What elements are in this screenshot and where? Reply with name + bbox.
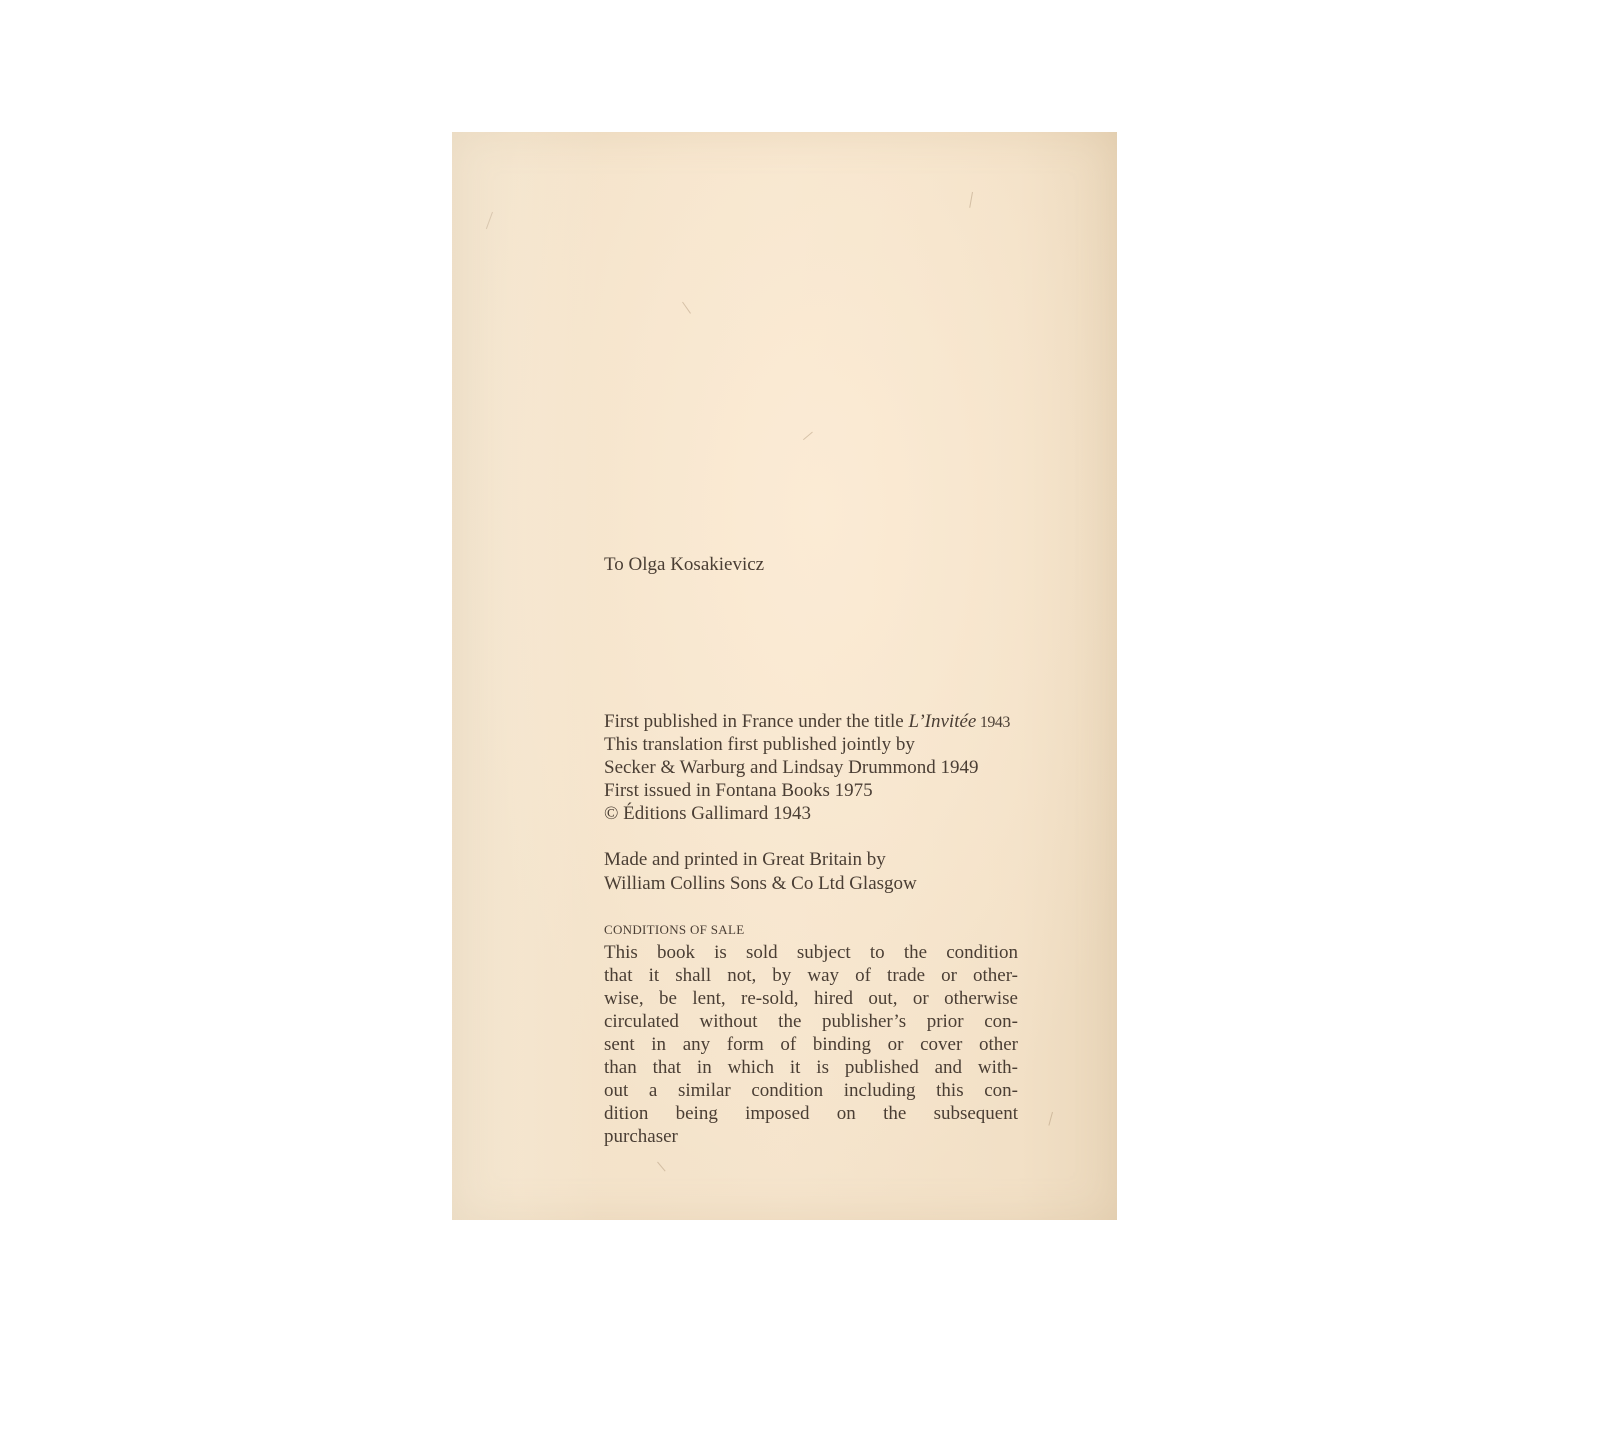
conditions-line: out a similar condition including this c… xyxy=(604,1079,1018,1102)
printer-line-2: William Collins Sons & Co Ltd Glasgow xyxy=(604,872,917,896)
paper-fiber xyxy=(803,432,813,440)
paper-fiber xyxy=(969,192,973,208)
printer-info: Made and printed in Great Britain by Wil… xyxy=(604,848,917,896)
publication-line-4: First issued in Fontana Books 1975 xyxy=(604,779,1010,802)
paper-fiber xyxy=(682,302,691,314)
copyright-line: © Éditions Gallimard 1943 xyxy=(604,802,1010,825)
conditions-line: than that in which it is published and w… xyxy=(604,1056,1018,1079)
publication-line-1: First published in France under the titl… xyxy=(604,710,1010,733)
dedication: To Olga Kosakievicz xyxy=(604,554,764,576)
conditions-line: sent in any form of binding or cover oth… xyxy=(604,1033,1018,1056)
paper-fiber xyxy=(1048,1112,1053,1126)
conditions-line: This book is sold subject to the conditi… xyxy=(604,941,1018,964)
conditions-heading: CONDITIONS OF SALE xyxy=(604,922,744,938)
conditions-line: purchaser xyxy=(604,1125,1018,1148)
conditions-body: This book is sold subject to the conditi… xyxy=(604,941,1018,1148)
paper-fiber xyxy=(657,1162,665,1172)
conditions-line: that it shall not, by way of trade or ot… xyxy=(604,964,1018,987)
conditions-line: dition being imposed on the subsequent xyxy=(604,1102,1018,1125)
printer-line-1: Made and printed in Great Britain by xyxy=(604,848,917,872)
publication-history: First published in France under the titl… xyxy=(604,710,1010,825)
paper-fiber xyxy=(486,212,493,229)
conditions-line: wise, be lent, re-sold, hired out, or ot… xyxy=(604,987,1018,1010)
publication-line-3: Secker & Warburg and Lindsay Drummond 19… xyxy=(604,756,1010,779)
conditions-line: circulated without the publisher’s prior… xyxy=(604,1010,1018,1033)
original-title: L’Invitée xyxy=(908,711,976,732)
publication-line-2: This translation first published jointly… xyxy=(604,733,1010,756)
